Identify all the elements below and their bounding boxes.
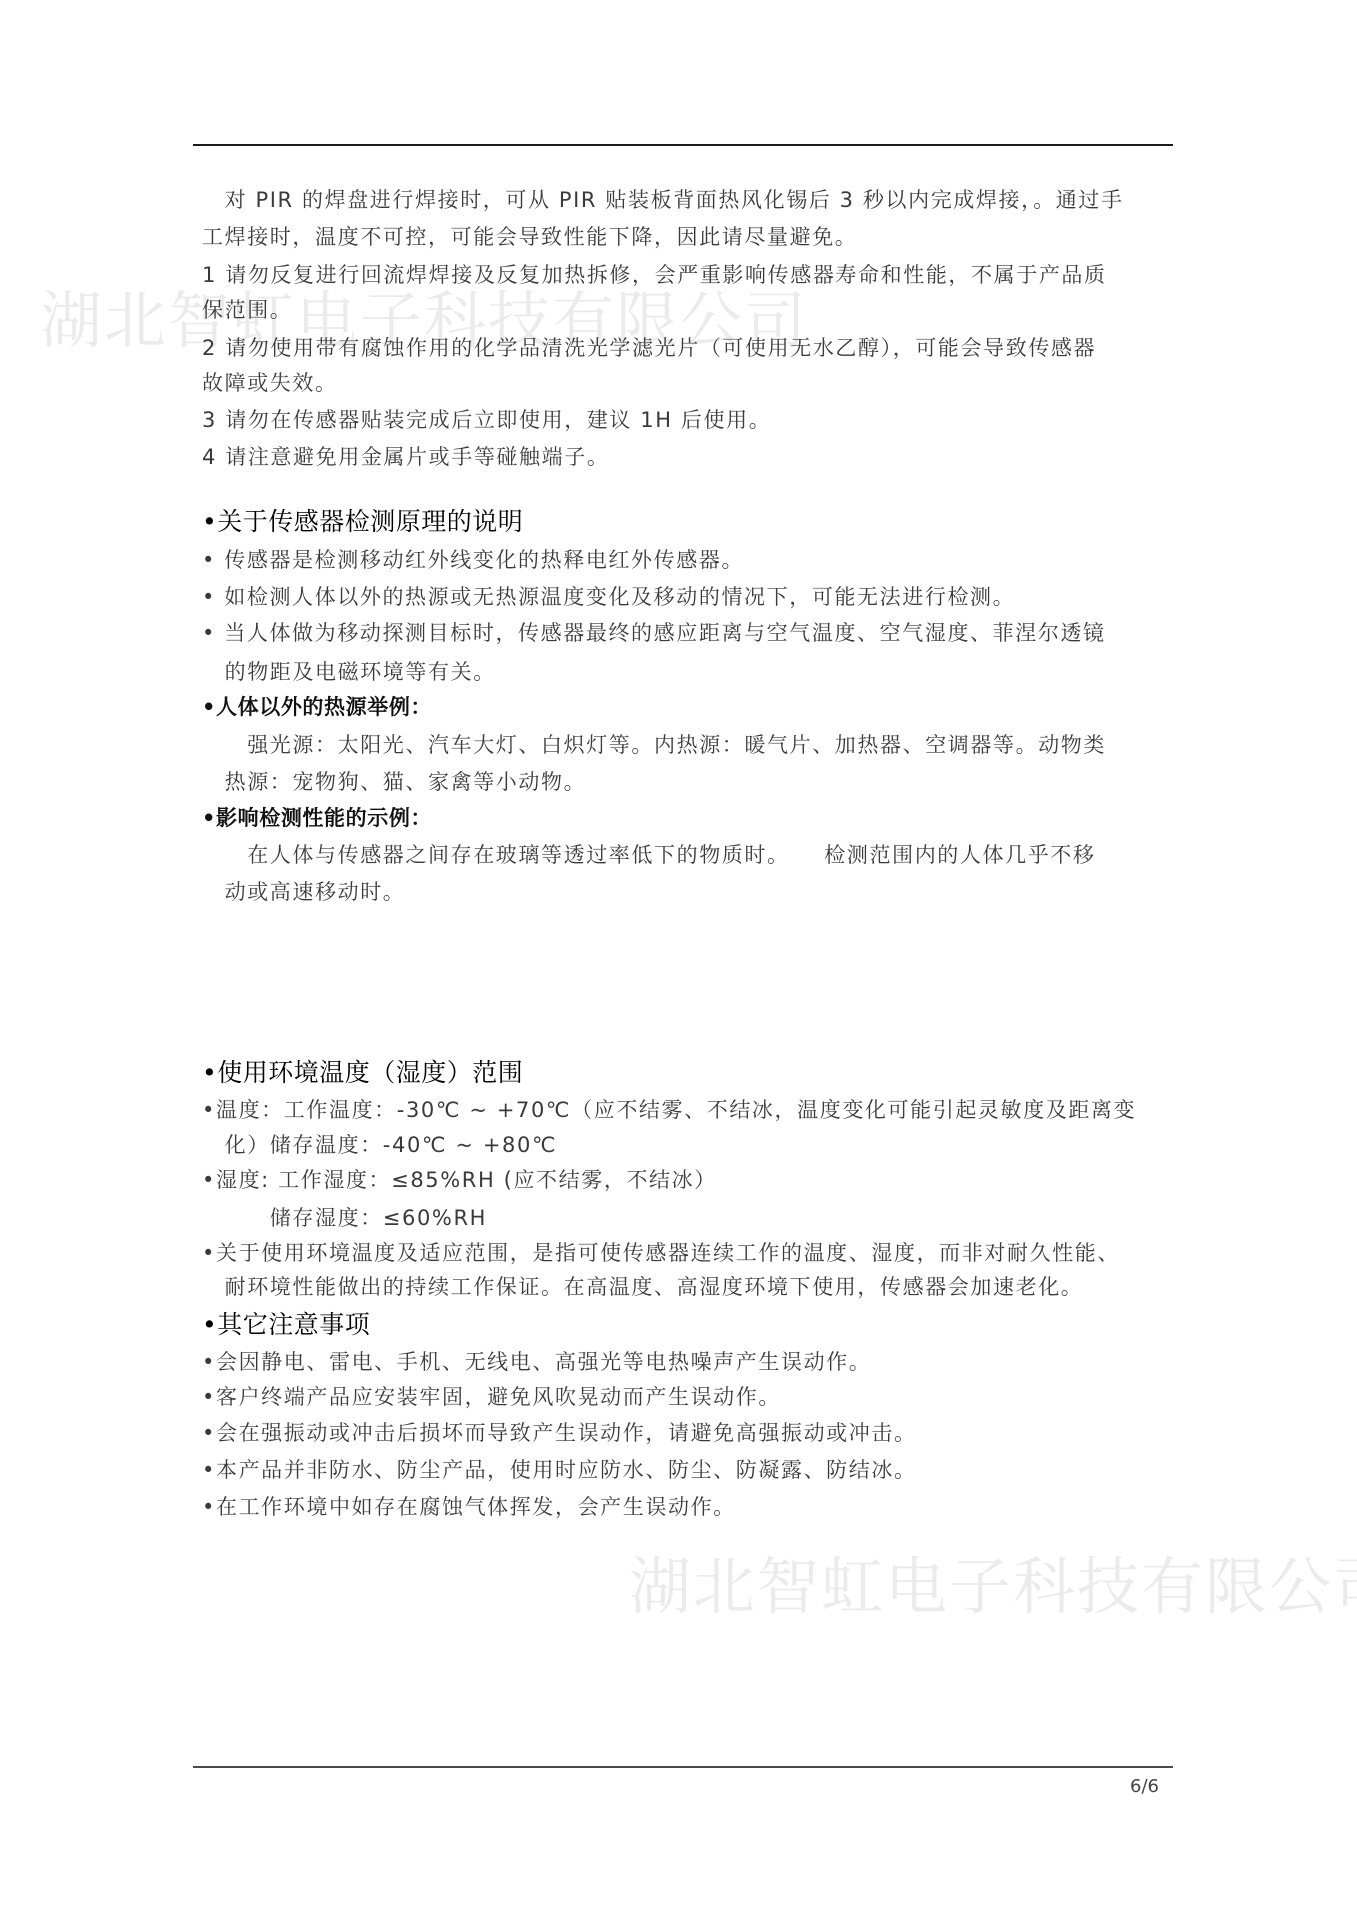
soldering-line: 对 PIR 的焊盘进行焊接时，可从 PIR 贴装板背面热风化锡后 3 秒以内完成… [202,182,1124,218]
footer-rule [193,1766,1173,1768]
environment-line: •关于使用环境温度及适应范围，是指可使传感器连续工作的温度、湿度，而非对耐久性能… [202,1235,1120,1271]
bullet-item: • 传感器是检测移动红外线变化的热释电红外传感器。 [202,542,744,578]
bullet-item: 的物距及电磁环境等有关。 [202,654,496,690]
note-item: •本产品并非防水、防尘产品，使用时应防水、防尘、防凝露、防结冰。 [202,1452,917,1488]
heat-sources-line: 强光源：太阳光、汽车大灯、白炽灯等。内热源：暖气片、加热器、空调器等。动物类 [202,727,1106,763]
subheading-performance-examples: •影响检测性能的示例： [202,800,432,836]
performance-line: 动或高速移动时。 [202,874,405,910]
environment-line: 储存湿度：≤60%RH [202,1200,487,1236]
soldering-line: 工焊接时，温度不可控，可能会导致性能下降，因此请尽量避免。 [202,219,857,255]
section-heading: •其它注意事项 [202,1307,370,1343]
watermark-bottom: 湖北智虹电子科技有限公司 [629,1556,1357,1618]
soldering-line: 保范围。 [202,292,292,328]
page-number: 6/6 [1130,1775,1159,1799]
environment-line: 耐环境性能做出的持续工作保证。在高温度、高湿度环境下使用，传感器会加速老化。 [202,1269,1083,1305]
soldering-line: 故障或失效。 [202,365,338,401]
bullet-item: • 如检测人体以外的热源或无热源温度变化及移动的情况下，可能无法进行检测。 [202,579,1015,615]
soldering-line: 4 请注意避免用金属片或手等碰触端子。 [202,439,609,475]
environment-line: 化）储存温度：-40℃ ~ +80℃ [202,1127,557,1163]
environment-line: •温度：工作温度：-30℃ ~ +70℃（应不结雾、不结冰，温度变化可能引起灵敏… [202,1092,1136,1128]
soldering-line: 2 请勿使用带有腐蚀作用的化学品清洗光学滤光片（可使用无水乙醇），可能会导致传感… [202,330,1096,366]
environment-line: •湿度: 工作湿度：≤85%RH (应不结雾，不结冰） [202,1162,717,1198]
note-item: •在工作环境中如存在腐蚀气体挥发，会产生误动作。 [202,1489,736,1525]
heat-sources-line: 热源：宠物狗、猫、家禽等小动物。 [202,764,586,800]
soldering-line: 1 请勿反复进行回流焊焊接及反复加热拆修，会严重影响传感器寿命和性能，不属于产品… [202,257,1107,293]
subheading-heat-sources: •人体以外的热源举例： [202,689,432,725]
header-rule [193,144,1173,146]
note-item: •会因静电、雷电、手机、无线电、高强光等电热噪声产生误动作。 [202,1344,871,1380]
note-item: •会在强振动或冲击后损坏而导致产生误动作，请避免高强振动或冲击。 [202,1415,917,1451]
section-heading: •关于传感器检测原理的说明 [202,504,523,540]
section-heading: •使用环境温度（湿度）范围 [202,1055,523,1091]
soldering-line: 3 请勿在传感器贴装完成后立即使用，建议 1H 后使用。 [202,402,771,438]
note-item: •客户终端产品应安装牢固，避免风吹晃动而产生误动作。 [202,1379,781,1415]
bullet-item: • 当人体做为移动探测目标时，传感器最终的感应距离与空气温度、空气湿度、菲涅尔透… [202,615,1106,651]
performance-line: 在人体与传感器之间存在玻璃等透过率低下的物质时。 检测范围内的人体几乎不移 [202,837,1096,873]
